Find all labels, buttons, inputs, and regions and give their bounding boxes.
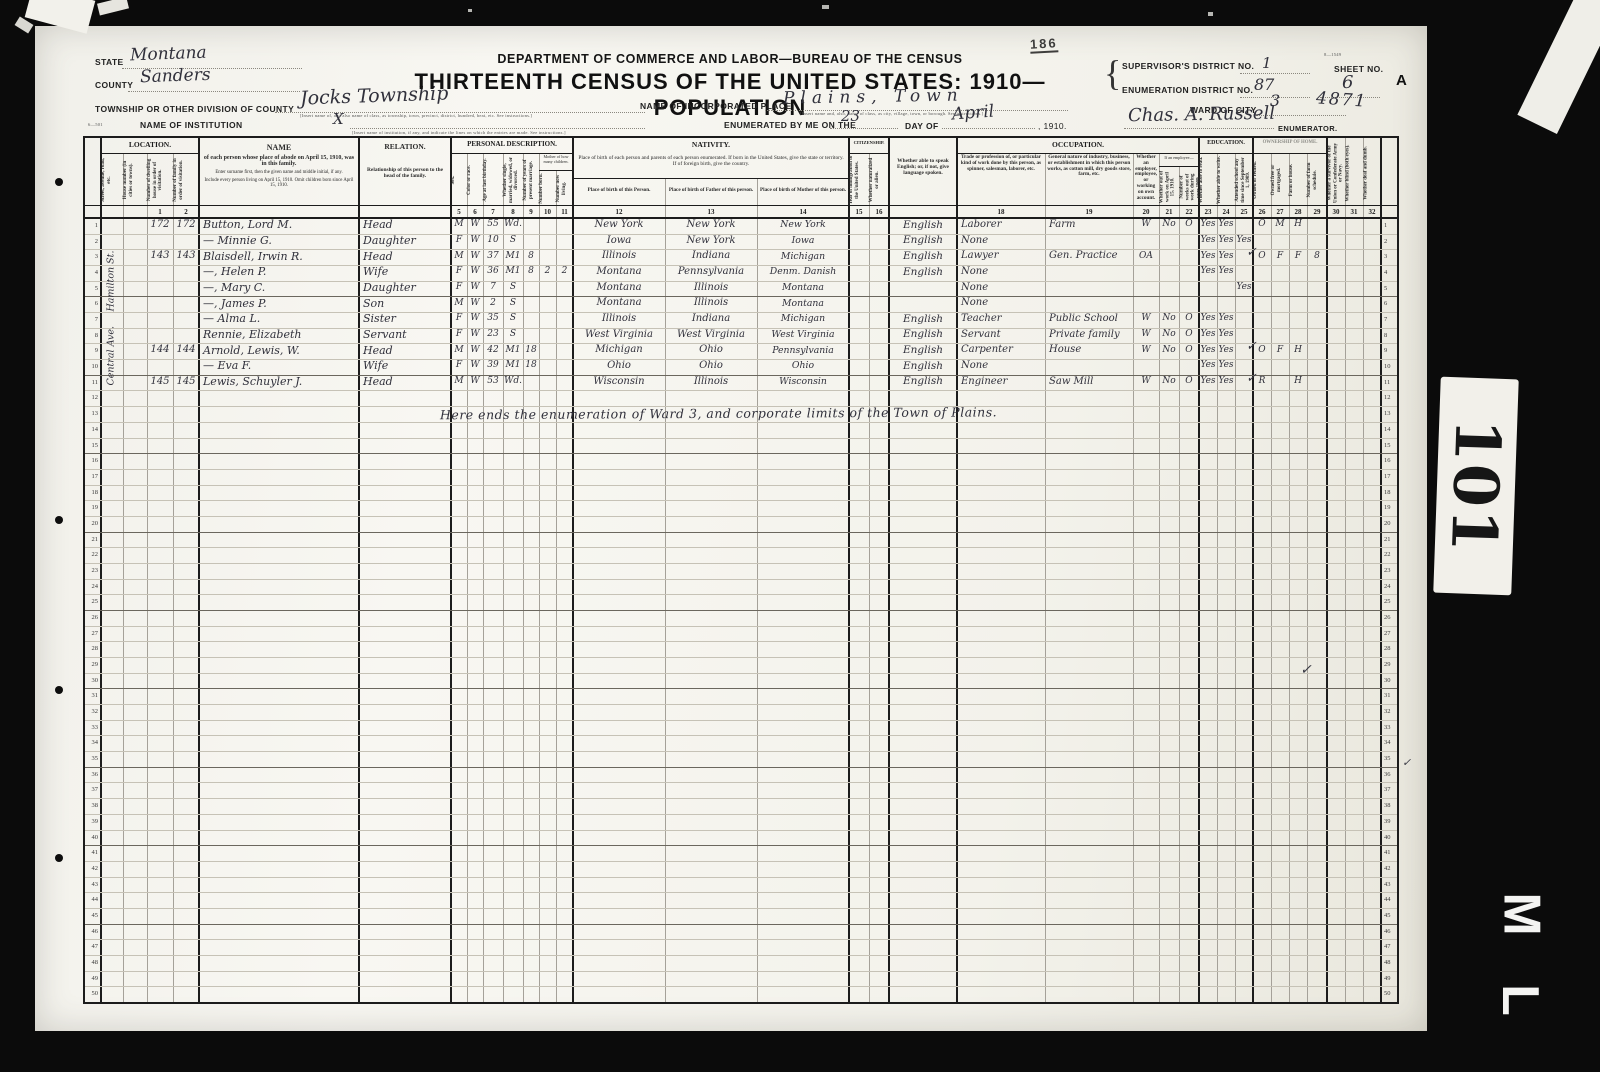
street-name-2: Central Ave. [103, 348, 121, 385]
column-number-7: 7 [483, 208, 503, 216]
row-number-left: 24 [85, 583, 98, 590]
cell-r2-c13: New York [665, 236, 757, 246]
header-col-c30: Whether a survivor of the Union or Confe… [1327, 140, 1345, 205]
row-number-left: 20 [85, 520, 98, 527]
cell-r9-c7: 42 [483, 346, 503, 355]
cell-r2-c4: Daughter [359, 235, 451, 246]
row-number-left: 46 [85, 928, 98, 935]
cell-r10-c18: None [957, 361, 1045, 371]
cell-r5-c25: Yes [1235, 283, 1253, 292]
column-number-13: 13 [665, 208, 757, 216]
cell-r8-c14: West Virginia [757, 330, 849, 339]
row-line [85, 939, 1397, 940]
cell-r11-c21: No [1159, 377, 1179, 386]
header-col-label-c1: Number of dwelling house in order of vis… [147, 155, 173, 205]
cell-r4-c3: —, Helen P. [199, 266, 359, 277]
row-number-left: 3 [85, 253, 98, 260]
cell-r8-c24: Yes [1217, 330, 1235, 339]
header-col-c9: Number of years of present marriage. [523, 155, 539, 205]
header-col-c32: Whether deaf and dumb. [1363, 140, 1381, 205]
row-number-left: 44 [85, 896, 98, 903]
cell-r11-c19: Saw Mill [1045, 377, 1133, 387]
row-number-left: 14 [85, 426, 98, 433]
supervisor-value: 1 [1262, 54, 1272, 72]
column-number-29: 29 [1307, 208, 1327, 216]
column-number-30: 30 [1327, 208, 1345, 216]
row-number-right: 18 [1384, 489, 1397, 496]
row-line [85, 971, 1397, 972]
cell-r5-c13: Illinois [665, 283, 757, 293]
sprocket-dot [55, 516, 63, 524]
torn-corner-patch [97, 0, 129, 15]
row-number-left: 34 [85, 739, 98, 746]
cell-r5-c7: 7 [483, 283, 503, 292]
cell-r4-c23: Yes [1199, 267, 1217, 276]
cell-r3-c1: 143 [147, 251, 173, 261]
cell-r5-c14: Montana [757, 283, 849, 292]
county-underline [128, 90, 300, 92]
row-number-left: 1 [85, 222, 98, 229]
column-number-22: 22 [1179, 208, 1199, 216]
row-number-left: 40 [85, 834, 98, 841]
group-nativity: NATIVITY. [573, 140, 849, 149]
group-ownership: OWNERSHIP OF HOME. [1253, 140, 1327, 145]
cell-r7-c23: Yes [1199, 314, 1217, 323]
row-number-left: 22 [85, 551, 98, 558]
cell-r5-c5: F [451, 283, 467, 292]
cell-r9-c4: Head [359, 345, 451, 356]
group-band-line [1199, 153, 1253, 154]
row-number-right: 47 [1384, 943, 1397, 950]
column-number-5: 5 [451, 208, 467, 216]
column-divider-heavy [1326, 138, 1328, 1002]
header-col-label-c16: Whether naturalized or alien. [869, 155, 889, 205]
row-number-right: 2 [1384, 238, 1397, 245]
row-number-left: 47 [85, 943, 98, 950]
cell-r11-c17: English [889, 376, 957, 387]
row-line [85, 892, 1397, 893]
row-number-right: 50 [1384, 990, 1397, 997]
row-number-left: 45 [85, 912, 98, 919]
header-relation-cell: RELATION.Relationship of this person to … [362, 140, 448, 179]
cell-r11-c6: W [467, 377, 483, 386]
row-number-right: 16 [1384, 457, 1397, 464]
mother-children-label: Mother of how many children. [539, 155, 573, 164]
cell-r1-c17: English [889, 220, 957, 231]
row-number-right: 34 [1384, 739, 1397, 746]
row-number-left: 28 [85, 645, 98, 652]
row-line [85, 704, 1397, 705]
if-employee-label: If an employee— [1159, 155, 1199, 160]
sprocket-dot [55, 854, 63, 862]
day-of-label: DAY OF [905, 121, 939, 131]
film-edge-letter-l: L [1490, 984, 1550, 1016]
cell-r5-c6: W [467, 283, 483, 292]
cell-r2-c7: 10 [483, 236, 503, 245]
year-text: , 1910. [1038, 121, 1067, 131]
microfilm-frame: 101 M L 186 STATE Montana COUNTY Sanders… [0, 0, 1600, 1072]
signature-underline [1124, 127, 1274, 129]
row-line [85, 422, 1397, 423]
cell-r3-c13: Indiana [665, 251, 757, 261]
row-number-right: 35 [1384, 755, 1397, 762]
header-col-c12: Place of birth of this Person. [575, 188, 663, 194]
cell-r7-c3: — Alma L. [199, 313, 359, 324]
enumerated-month: April [951, 102, 994, 125]
row-number-right: 31 [1384, 692, 1397, 699]
cell-r7-c4: Sister [359, 313, 451, 324]
stray-check-mark: ✓ [1300, 662, 1312, 678]
row-line [85, 861, 1397, 862]
cell-r6-c12: Montana [573, 298, 665, 308]
header-col-label-c11: Number now living. [556, 172, 573, 205]
cell-r11-c24: Yes [1217, 377, 1235, 386]
row-line [85, 814, 1397, 815]
column-number-1: 1 [147, 208, 173, 216]
row-number-right: 43 [1384, 881, 1397, 888]
cell-r3-c28: F [1289, 252, 1307, 261]
row-line [85, 438, 1397, 439]
header-col-c16: Whether naturalized or alien. [869, 155, 889, 205]
cell-r9-c28: H [1289, 346, 1307, 355]
cell-r5-c8: S [503, 283, 523, 292]
enumeration-end-note: Here ends the enumeration of Ward 3, and… [440, 405, 1320, 422]
row-number-left: 48 [85, 959, 98, 966]
cell-r9-c21: No [1159, 346, 1179, 355]
row-number-right: 9 [1384, 347, 1397, 354]
column-number-11: 11 [556, 208, 573, 216]
cell-r10-c23: Yes [1199, 361, 1217, 370]
cell-r7-c24: Yes [1217, 314, 1235, 323]
header-col-c25: Attended school any time since September… [1235, 155, 1253, 205]
cell-r9-c20: W [1133, 346, 1159, 355]
header-col-label-house: House number (in cities or towns). [123, 155, 147, 205]
cell-r7-c7: 35 [483, 314, 503, 323]
header-col-c11: Number now living. [556, 172, 573, 205]
cell-r7-c12: Illinois [573, 314, 665, 324]
cell-r7-c5: F [451, 314, 467, 323]
header-col-c2: Number of family in order of visitation. [173, 155, 199, 205]
row-number-left: 26 [85, 614, 98, 621]
group-citizenship: CITIZENSHIP. [849, 140, 889, 145]
cell-r1-c12: New York [573, 220, 665, 230]
cell-r7-c20: W [1133, 314, 1159, 323]
cell-r10-c6: W [467, 361, 483, 370]
cell-r4-c4: Wife [359, 266, 451, 277]
row-number-right: 39 [1384, 818, 1397, 825]
row-number-left: 27 [85, 630, 98, 637]
row-line [85, 986, 1397, 987]
cell-r2-c5: F [451, 236, 467, 245]
row-number-left: 17 [85, 473, 98, 480]
cell-r9-c5: M [451, 346, 467, 355]
row-line [85, 532, 1397, 533]
cell-r6-c18: None [957, 298, 1045, 308]
row-number-right: 36 [1384, 771, 1397, 778]
sheet-code: 8—1549 [1324, 52, 1341, 57]
cell-r1-c7: 55 [483, 220, 503, 229]
row-line [85, 610, 1397, 611]
header-col-c1: Number of dwelling house in order of vis… [147, 155, 173, 205]
header-col-c6: Color or race. [467, 155, 483, 205]
reel-number: 101 [1437, 417, 1515, 555]
header-col-c28: Farm or house. [1289, 155, 1307, 205]
cell-r9-c17: English [889, 345, 957, 356]
cell-r6-c5: M [451, 299, 467, 308]
torn-corner-patch [15, 17, 34, 34]
department-line: DEPARTMENT OF COMMERCE AND LABOR—BUREAU … [390, 52, 1070, 66]
column-number-18: 18 [957, 208, 1045, 216]
column-number-26: 26 [1253, 208, 1271, 216]
row-line [85, 798, 1397, 799]
cell-r2-c24: Yes [1217, 236, 1235, 245]
cell-r1-c23: Yes [1199, 220, 1217, 229]
cell-r9-c27: F [1271, 346, 1289, 355]
row-number-right: 15 [1384, 442, 1397, 449]
header-col-label-street: Street, avenue, road, etc. [101, 155, 123, 205]
enumerator-label: ENUMERATOR. [1278, 124, 1338, 133]
ownership-check-mark: ✓ [1246, 339, 1257, 354]
enumerated-day: 23 [841, 107, 860, 125]
cell-r1-c19: Farm [1045, 220, 1133, 230]
cell-r3-c17: English [889, 251, 957, 262]
cell-r2-c3: — Minnie G. [199, 235, 359, 246]
column-number-19: 19 [1045, 208, 1133, 216]
supervisor-label: SUPERVISOR'S DISTRICT NO. [1122, 61, 1254, 71]
row-number-right: 28 [1384, 645, 1397, 652]
cell-r2-c18: None [957, 236, 1045, 246]
cell-r4-c17: English [889, 267, 957, 278]
cell-r10-c12: Ohio [573, 361, 665, 371]
row-number-right: 23 [1384, 567, 1397, 574]
cell-r11-c22: O [1179, 377, 1199, 386]
number-band-line [85, 205, 1397, 206]
cell-r3-c29: 8 [1307, 252, 1327, 261]
row-number-left: 5 [85, 285, 98, 292]
reel-number-label: 101 [1433, 377, 1518, 596]
header-col-label-c32: Whether deaf and dumb. [1363, 140, 1381, 205]
row-number-right: 20 [1384, 520, 1397, 527]
nativity-desc: Place of birth of each person and parent… [576, 155, 846, 167]
cell-r9-c1: 144 [147, 345, 173, 355]
cell-r9-c23: Yes [1199, 346, 1217, 355]
cell-r10-c17: English [889, 361, 957, 372]
group-location: LOCATION. [101, 140, 199, 149]
row-number-right: 41 [1384, 849, 1397, 856]
cell-r3-c14: Michigan [757, 252, 849, 261]
row-number-right: 14 [1384, 426, 1397, 433]
header-col-c8: Whether single, married, widowed, or div… [503, 155, 523, 205]
header-col-label-c22: Number of weeks out of work during year … [1179, 168, 1199, 205]
film-speck [1208, 12, 1213, 16]
cell-r6-c7: 2 [483, 299, 503, 308]
name-desc-2: Enter surname first, then the given name… [202, 170, 356, 175]
row-line [85, 751, 1397, 752]
row-number-left: 2 [85, 238, 98, 245]
film-streak [1517, 0, 1600, 134]
column-divider-heavy [100, 138, 102, 1002]
name-desc-1: of each person whose place of abode on A… [202, 155, 356, 167]
film-speck [468, 9, 472, 12]
cell-r1-c8: Wd. [503, 220, 523, 229]
header-col-label-c2: Number of family in order of visitation. [173, 155, 199, 205]
group-band-line [101, 153, 199, 154]
cell-r9-c24: Yes [1217, 346, 1235, 355]
film-edge-letter-m: M [1492, 892, 1552, 935]
cell-r9-c22: O [1179, 346, 1199, 355]
row-line [85, 500, 1397, 501]
cell-r4-c14: Denm. Danish [757, 267, 849, 276]
state-value: Montana [130, 43, 207, 66]
row-line [85, 782, 1397, 783]
header-col-label-c15: Year of immigration to the United States… [849, 155, 869, 205]
institution-note: [Insert name of institution, if any, and… [352, 130, 652, 135]
ownership-check-mark: ✓ [1246, 245, 1257, 260]
cell-r10-c5: F [451, 361, 467, 370]
group-band-line [849, 153, 889, 154]
cell-r2-c8: S [503, 236, 523, 245]
row-line [85, 390, 1397, 391]
cell-r6-c13: Illinois [665, 298, 757, 308]
nativity-band-line [573, 178, 849, 179]
row-line [85, 516, 1397, 517]
cell-r3-c9: 8 [523, 252, 539, 261]
page-stamp: 186 [1030, 35, 1059, 53]
row-number-left: 33 [85, 724, 98, 731]
cell-r9-c19: House [1045, 345, 1133, 355]
institution-label: NAME OF INSTITUTION [140, 120, 243, 130]
cell-r6-c14: Montana [757, 299, 849, 308]
cell-r2-c17: English [889, 235, 957, 246]
row-number-left: 30 [85, 677, 98, 684]
cell-r3-c3: Blaisdell, Irwin R. [199, 251, 359, 262]
column-number-15: 15 [849, 208, 869, 216]
row-number-right: 12 [1384, 394, 1397, 401]
cell-r9-c18: Carpenter [957, 345, 1045, 355]
row-number-right: 17 [1384, 473, 1397, 480]
cell-r1-c2: 172 [173, 220, 199, 230]
cell-r11-c23: Yes [1199, 377, 1217, 386]
column-number-25: 25 [1235, 208, 1253, 216]
sprocket-dot [55, 686, 63, 694]
row-number-right: 3 [1384, 253, 1397, 260]
township-label: TOWNSHIP OR OTHER DIVISION OF COUNTY [95, 104, 294, 114]
row-line [85, 563, 1397, 564]
header-col-c14: Place of birth of Mother of this person. [759, 188, 847, 194]
cell-r11-c5: M [451, 377, 467, 386]
cell-r2-c12: Iowa [573, 236, 665, 246]
county-value: Sanders [140, 65, 211, 87]
cell-r7-c18: Teacher [957, 314, 1045, 324]
row-line [85, 547, 1397, 548]
row-number-right: 1 [1384, 222, 1397, 229]
row-number-left: 4 [85, 269, 98, 276]
column-number-14: 14 [757, 208, 849, 216]
cell-r8-c18: Servant [957, 330, 1045, 340]
row-number-right: 19 [1384, 504, 1397, 511]
header-col-label-c8: Whether single, married, widowed, or div… [503, 155, 523, 205]
stray-check-mark: ✓ [1402, 756, 1411, 769]
cell-r4-c10: 2 [539, 267, 556, 276]
header-col-c24: Whether able to write. [1217, 155, 1235, 205]
cell-r1-c20: W [1133, 220, 1159, 229]
header-col-c31: Whether blind (both eyes). [1345, 140, 1363, 205]
cell-r9-c6: W [467, 346, 483, 355]
header-col-label-c9: Number of years of present marriage. [523, 155, 539, 205]
cell-r6-c8: S [503, 299, 523, 308]
row-number-right: 46 [1384, 928, 1397, 935]
row-number-left: 29 [85, 661, 98, 668]
relation-desc: Relationship of this person to the head … [362, 167, 448, 179]
ownership-check-mark: ✓ [1246, 371, 1257, 386]
row-number-right: 6 [1384, 300, 1397, 307]
header-col-label-c26: Owned or rented. [1253, 155, 1271, 205]
row-number-left: 23 [85, 567, 98, 574]
row-number-left: 15 [85, 442, 98, 449]
cell-r7-c14: Michigan [757, 314, 849, 323]
cell-r9-c13: Ohio [665, 345, 757, 355]
header-name-cell: NAMEof each person whose place of abode … [202, 140, 356, 188]
cell-r7-c8: S [503, 314, 523, 323]
mother-band-line [539, 170, 573, 171]
cell-r8-c8: S [503, 330, 523, 339]
cell-r3-c8: M1 [503, 252, 523, 261]
cell-r3-c27: F [1271, 252, 1289, 261]
header-col-label-c23: Whether able to read. [1199, 155, 1217, 205]
header-col-c26: Owned or rented. [1253, 155, 1271, 205]
employee-band-line [1159, 166, 1199, 167]
name-title: NAME [202, 143, 356, 152]
cell-r8-c13: West Virginia [665, 330, 757, 340]
cell-r4-c9: 8 [523, 267, 539, 276]
institution-value: X [333, 110, 344, 128]
header-col-label-c30: Whether a survivor of the Union or Confe… [1327, 140, 1345, 205]
enumeration-label: ENUMERATION DISTRICT NO. [1122, 85, 1253, 95]
column-number-24: 24 [1217, 208, 1235, 216]
row-number-right: 5 [1384, 285, 1397, 292]
cell-r9-c8: M1 [503, 346, 523, 355]
row-number-left: 10 [85, 363, 98, 370]
row-number-right: 26 [1384, 614, 1397, 621]
column-number-21: 21 [1159, 208, 1179, 216]
cell-r3-c19: Gen. Practice [1045, 251, 1133, 261]
cell-r4-c6: W [467, 267, 483, 276]
cell-r8-c17: English [889, 329, 957, 340]
row-number-left: 41 [85, 849, 98, 856]
row-number-right: 13 [1384, 410, 1397, 417]
cell-r10-c9: 18 [523, 361, 539, 370]
cell-r3-c6: W [467, 252, 483, 261]
row-number-right: 4 [1384, 269, 1397, 276]
cell-r7-c6: W [467, 314, 483, 323]
cell-r8-c20: W [1133, 330, 1159, 339]
cell-r11-c2: 145 [173, 377, 199, 387]
header-col-c18: Trade or profession of, or particular ki… [959, 155, 1043, 172]
row-number-right: 10 [1384, 363, 1397, 370]
street-name-text: Hamilton St. [103, 223, 121, 338]
cell-r3-c24: Yes [1217, 252, 1235, 261]
cell-r6-c6: W [467, 299, 483, 308]
cell-r8-c3: Rennie, Elizabeth [199, 329, 359, 340]
cell-r11-c1: 145 [147, 377, 173, 387]
cell-r4-c5: F [451, 267, 467, 276]
sprocket-dot [55, 178, 63, 186]
row-number-left: 49 [85, 975, 98, 982]
cell-r1-c28: H [1289, 220, 1307, 229]
column-number-32: 32 [1363, 208, 1381, 216]
header-col-label-c28: Farm or house. [1289, 155, 1307, 205]
row-number-left: 19 [85, 504, 98, 511]
